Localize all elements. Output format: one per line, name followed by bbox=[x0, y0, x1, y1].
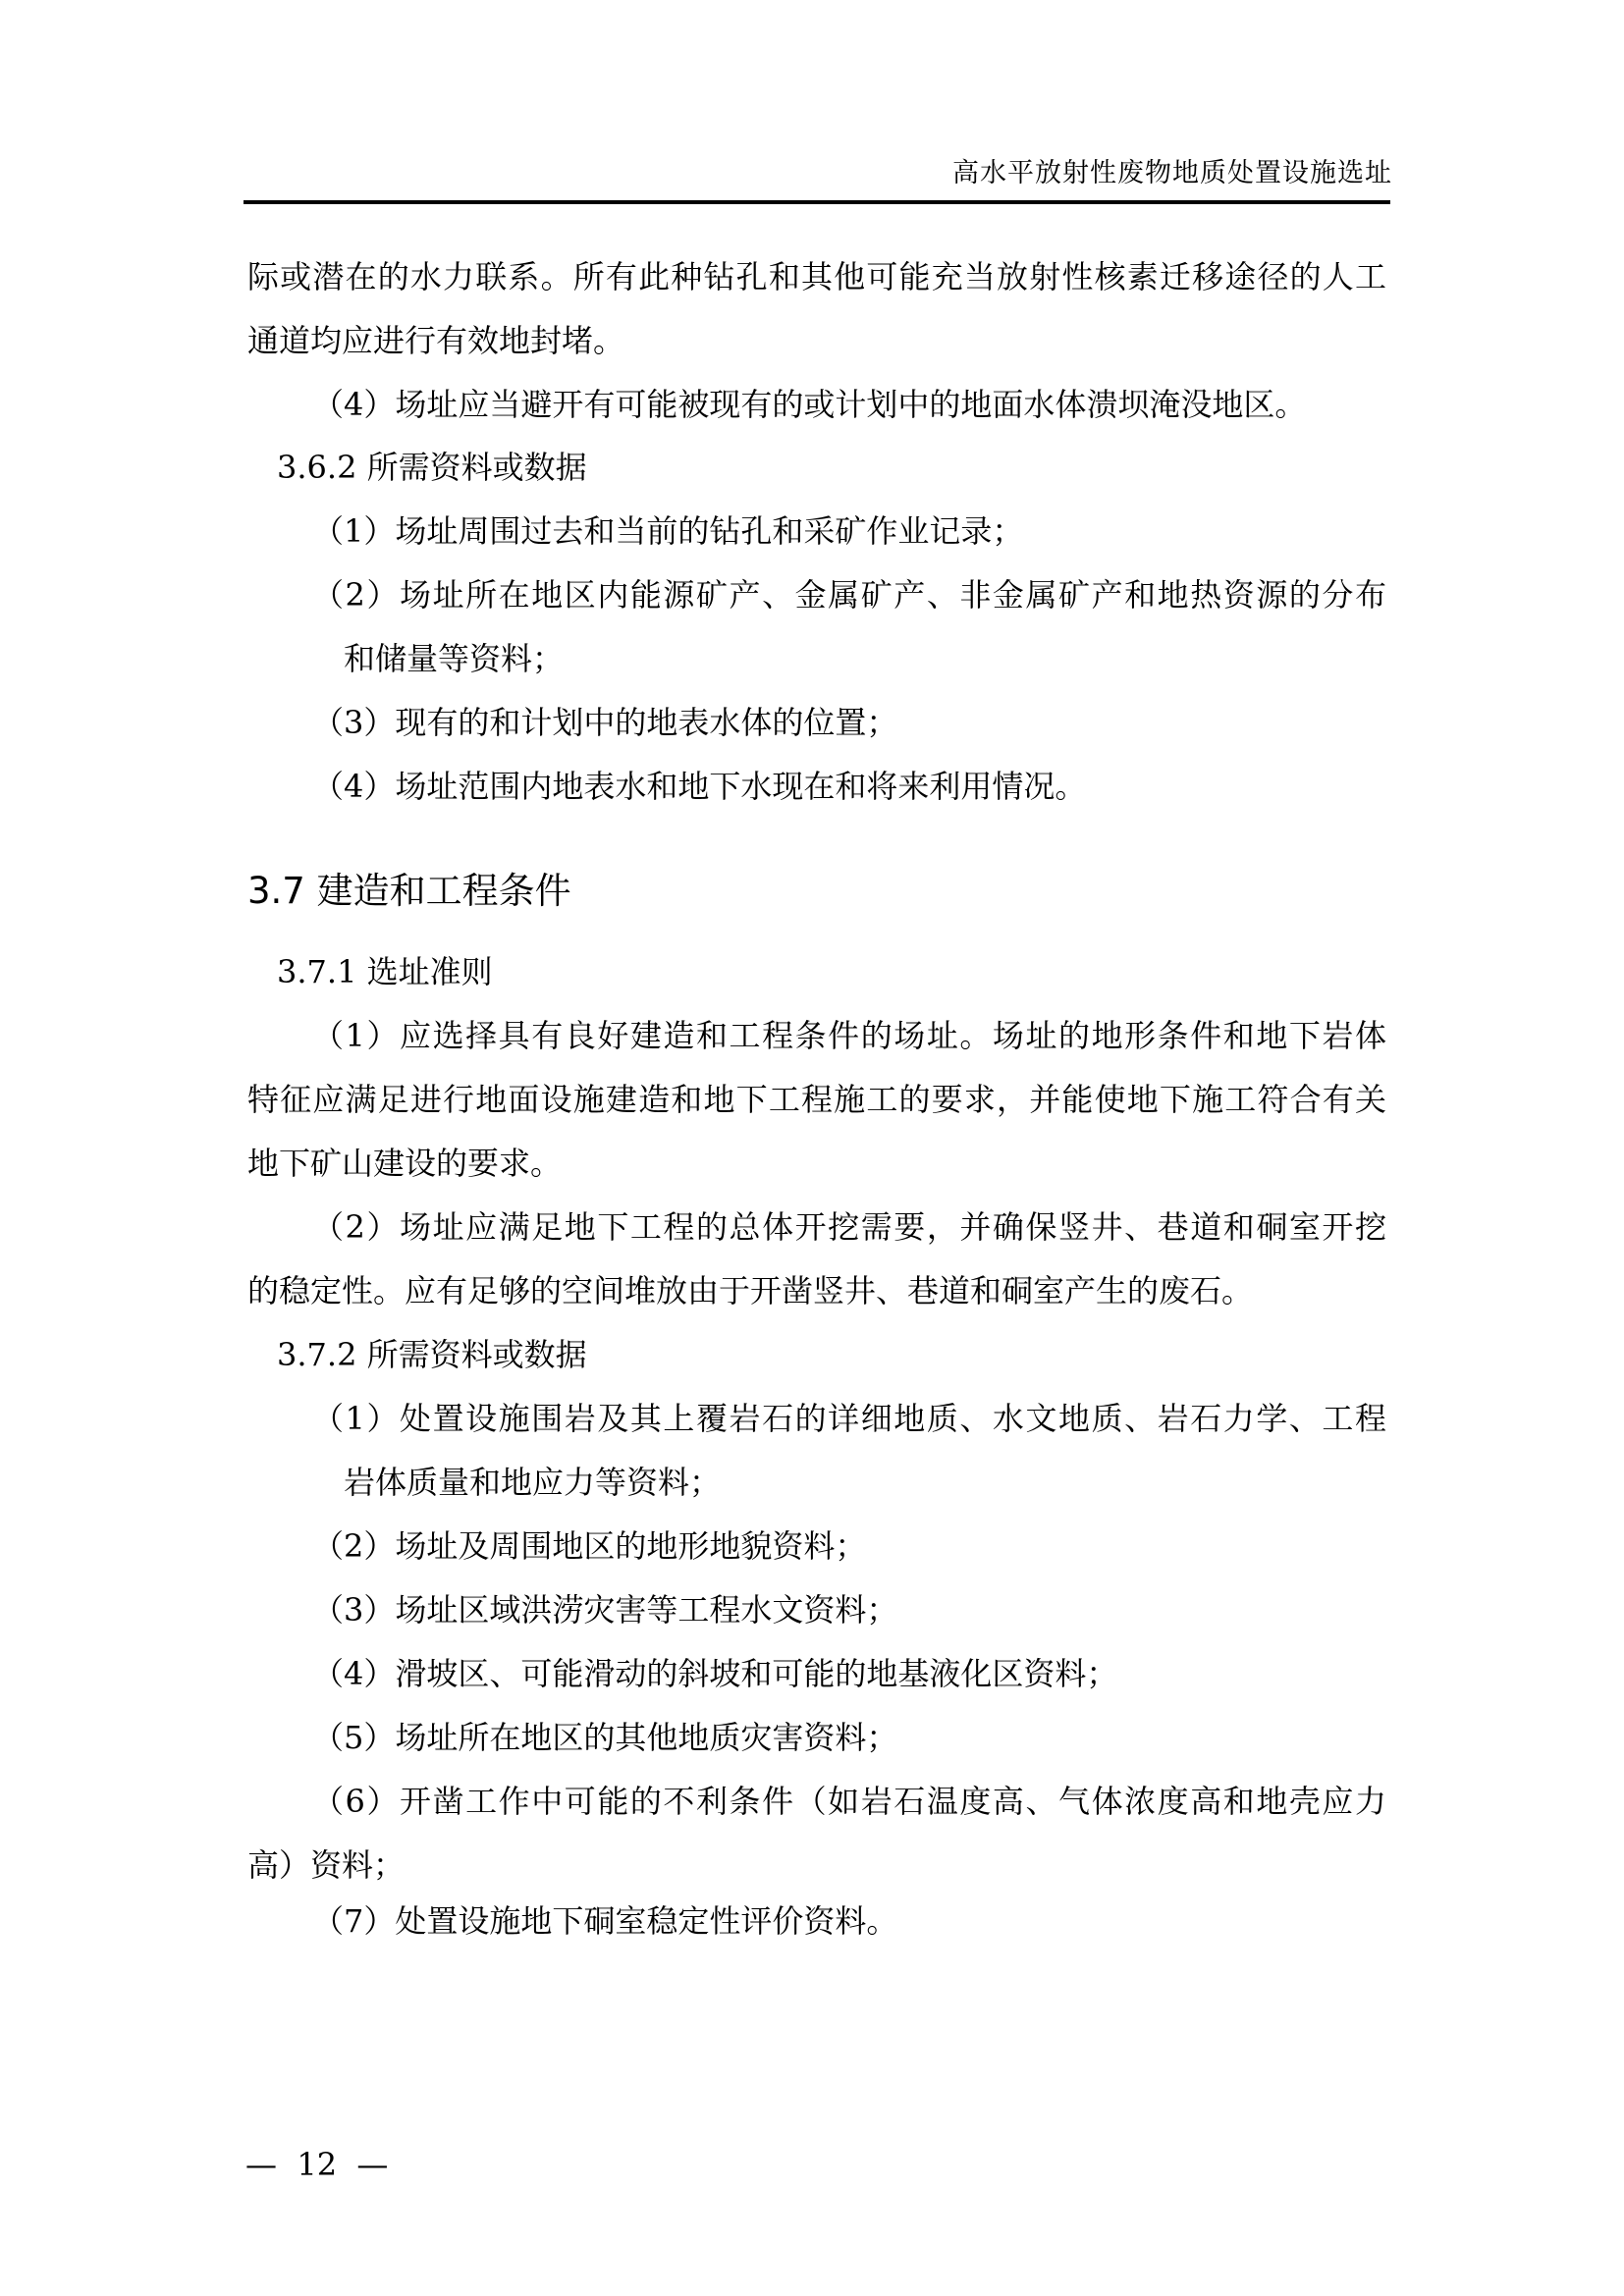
list-item: （2）场址及周围地区的地形地貌资料； bbox=[312, 1526, 1386, 1566]
list-item: （3）现有的和计划中的地表水体的位置； bbox=[312, 703, 1386, 742]
document-page: 高水平放射性废物地质处置设施选址 际或潜在的水力联系。所有此种钻孔和其他可能充当… bbox=[0, 0, 1624, 2296]
list-item: （4）场址范围内地表水和地下水现在和将来利用情况。 bbox=[312, 767, 1386, 806]
list-item: （5）场址所在地区的其他地质灾害资料； bbox=[312, 1718, 1386, 1757]
paragraph-line: 特征应满足进行地面设施建造和地下工程施工的要求，并能使地下施工符合有关 bbox=[247, 1080, 1386, 1119]
subsection-title: 3.7.2 所需资料或数据 bbox=[277, 1335, 1416, 1374]
list-item-continuation: 岩体质量和地应力等资料； bbox=[344, 1463, 1483, 1502]
paragraph-line: 地下矿山建设的要求。 bbox=[247, 1144, 1386, 1183]
paragraph-line: 际或潜在的水力联系。所有此种钻孔和其他可能充当放射性核素迁移途径的人工 bbox=[247, 257, 1386, 296]
page-number: — 12 — bbox=[245, 2145, 388, 2184]
running-header: 高水平放射性废物地质处置设施选址 bbox=[952, 157, 1392, 190]
paragraph-line: （1）应选择具有良好建造和工程条件的场址。场址的地形条件和地下岩体 bbox=[312, 1016, 1386, 1055]
list-item: （1）场址周围过去和当前的钻孔和采矿作业记录； bbox=[312, 511, 1386, 551]
criteria-item: （4）场址应当避开有可能被现有的或计划中的地面水体溃坝淹没地区。 bbox=[312, 385, 1386, 424]
section-heading: 3.7 建造和工程条件 bbox=[247, 869, 1386, 914]
list-item-continuation: 和储量等资料； bbox=[344, 639, 1483, 678]
paragraph-line: （2）场址应满足地下工程的总体开挖需要，并确保竖井、巷道和硐室开挖 bbox=[312, 1207, 1386, 1247]
list-item-continuation: 高）资料； bbox=[247, 1845, 1386, 1885]
header-rule bbox=[244, 200, 1390, 204]
subsection-title: 3.6.2 所需资料或数据 bbox=[277, 448, 1416, 487]
list-item: （1）处置设施围岩及其上覆岩石的详细地质、水文地质、岩石力学、工程 bbox=[312, 1399, 1386, 1438]
list-item: （6）开凿工作中可能的不利条件（如岩石温度高、气体浓度高和地壳应力 bbox=[312, 1782, 1386, 1821]
list-item: （3）场址区域洪涝灾害等工程水文资料； bbox=[312, 1590, 1386, 1629]
list-item: （7）处置设施地下硐室稳定性评价资料。 bbox=[312, 1901, 1386, 1941]
paragraph-line: 的稳定性。应有足够的空间堆放由于开凿竖井、巷道和硐室产生的废石。 bbox=[247, 1271, 1386, 1310]
list-item: （2）场址所在地区内能源矿产、金属矿产、非金属矿产和地热资源的分布 bbox=[312, 575, 1386, 614]
paragraph-line: 通道均应进行有效地封堵。 bbox=[247, 321, 1386, 360]
subsection-title: 3.7.1 选址准则 bbox=[277, 952, 1416, 991]
list-item: （4）滑坡区、可能滑动的斜坡和可能的地基液化区资料； bbox=[312, 1654, 1386, 1693]
